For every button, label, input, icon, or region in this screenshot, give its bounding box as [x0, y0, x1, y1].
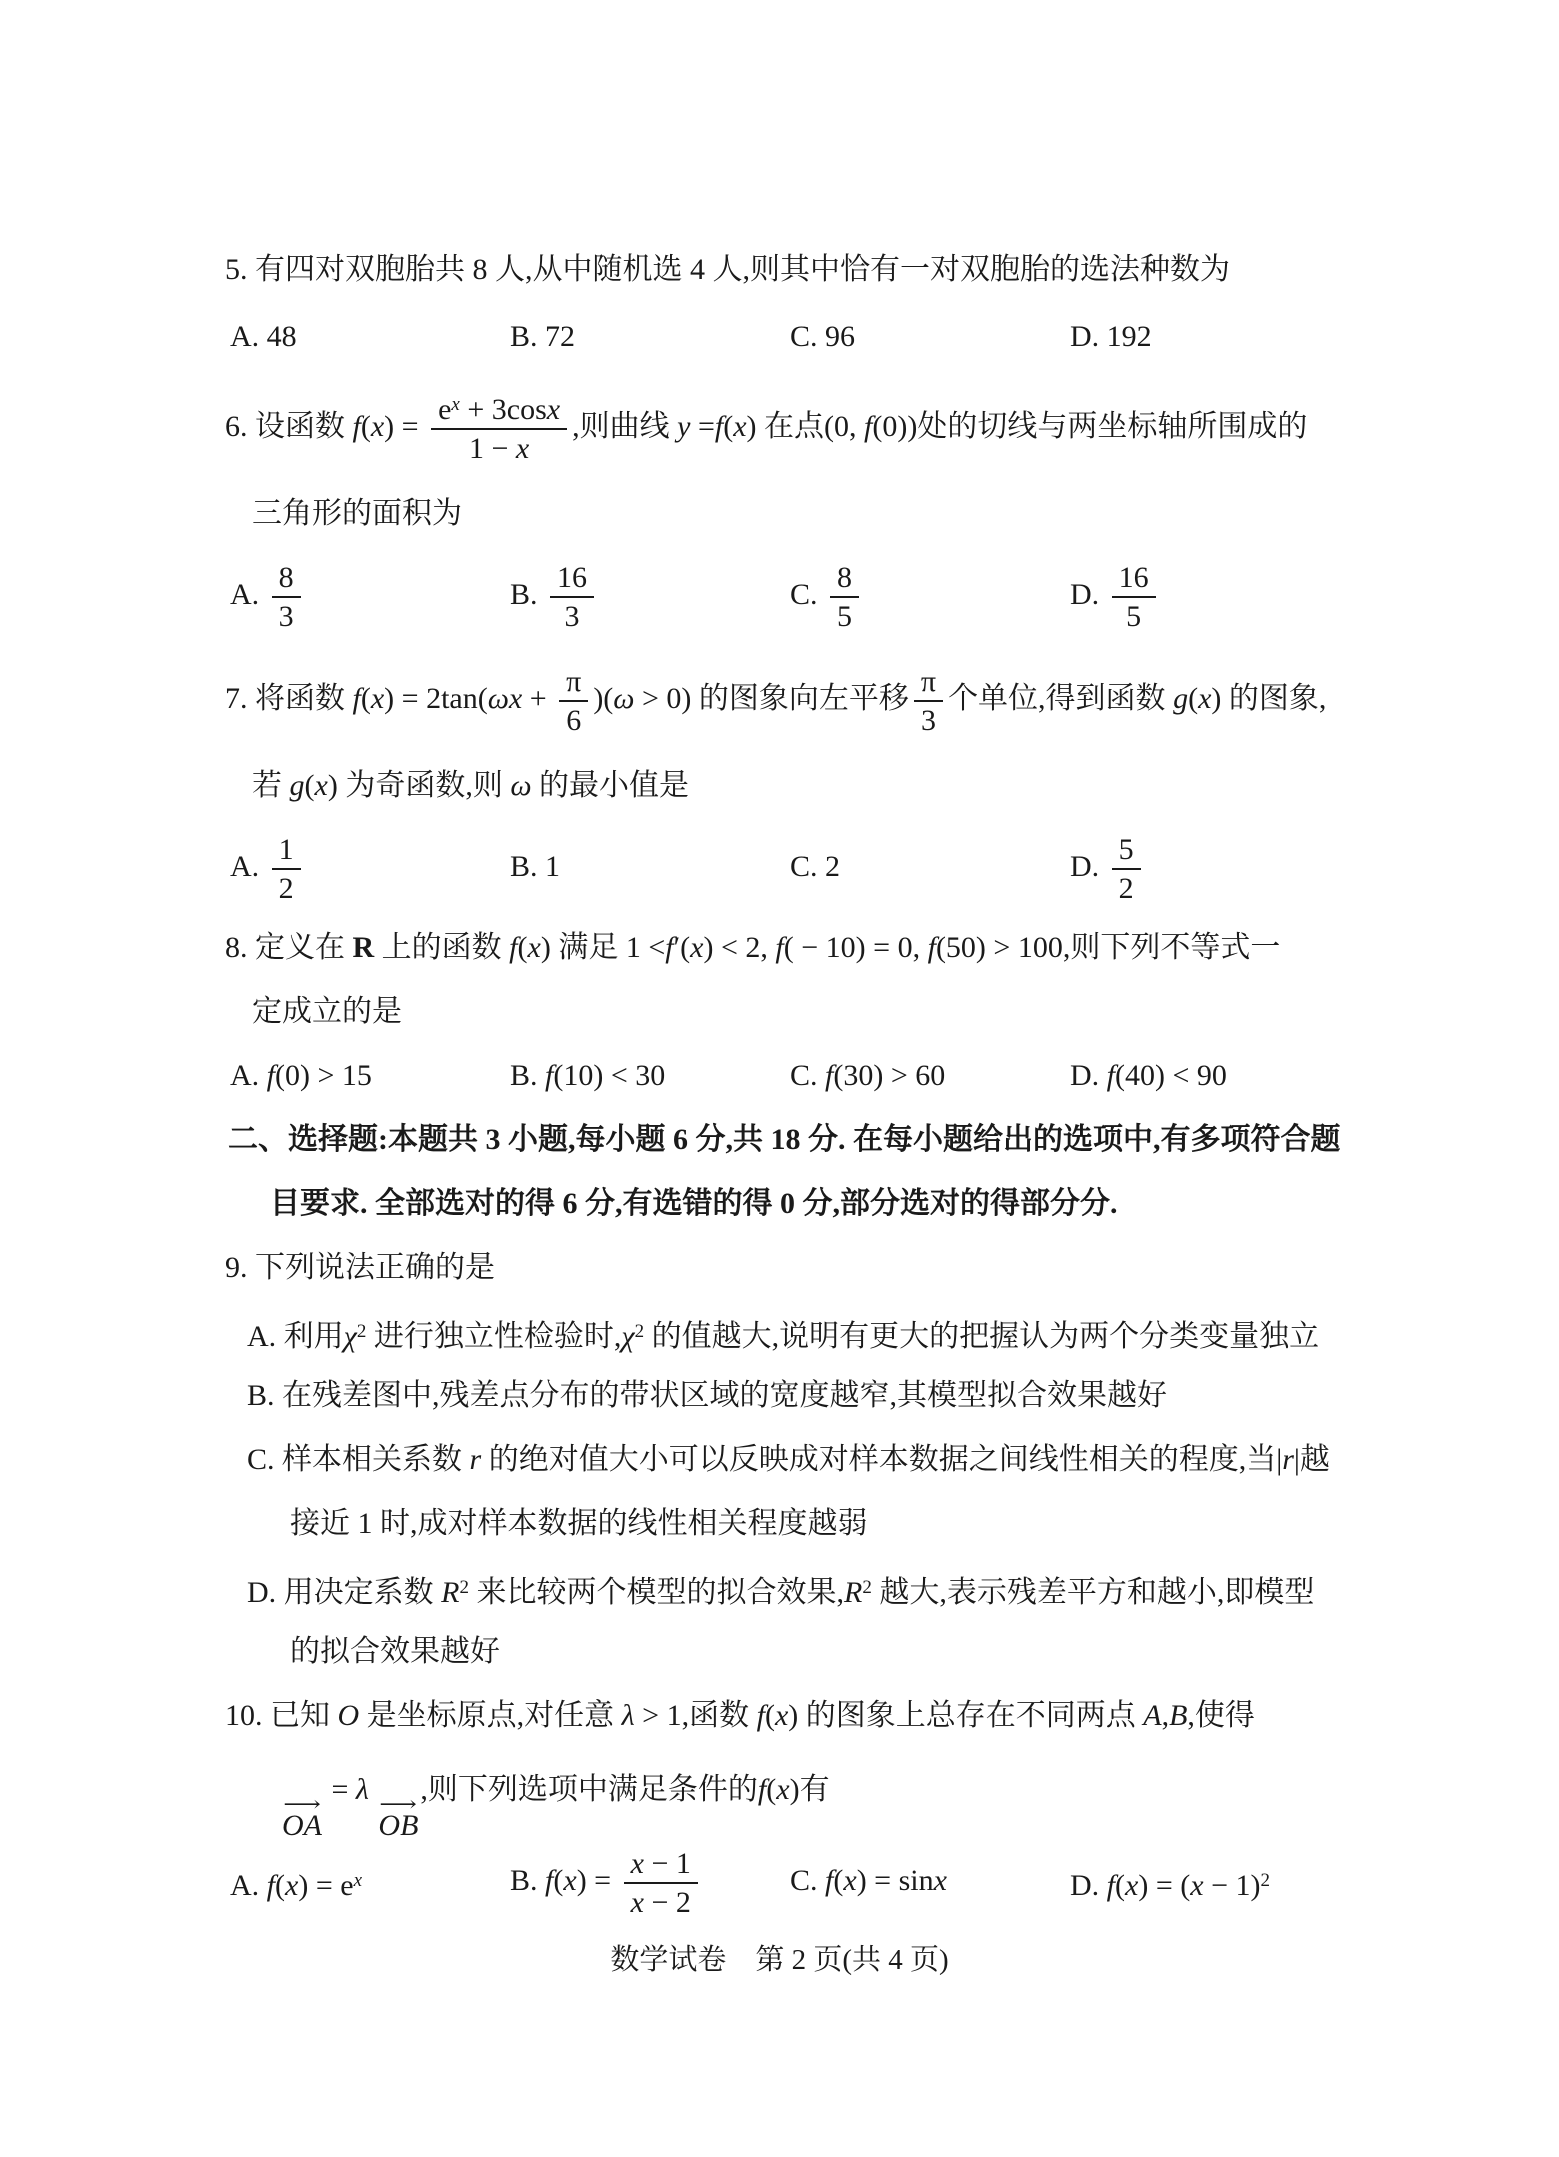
text-run: (50) > 100,则下列不等式一 — [936, 931, 1280, 964]
text-run: f — [775, 931, 783, 964]
fraction-numerator: x − 1 — [624, 1846, 698, 1884]
math-fraction: 83 — [272, 560, 301, 635]
math-fraction: 165 — [1112, 560, 1156, 635]
math-fraction: 52 — [1112, 832, 1141, 907]
text-run: 的最小值是 — [532, 769, 690, 802]
text-run: e — [438, 393, 451, 426]
text-run: A — [1143, 1699, 1161, 1732]
text-run: 上的函数 — [374, 931, 509, 964]
question-8-options: A. f(0) > 15B. f(10) < 30C. f(30) > 60D.… — [0, 1044, 1559, 1108]
text-run: C. 96 — [790, 320, 855, 353]
text-run: 6. 设函数 — [225, 410, 353, 443]
text-run: ( — [723, 410, 733, 443]
text-run: 3 — [565, 600, 580, 633]
text-run: 3 — [279, 600, 294, 633]
superscript: x — [354, 1870, 362, 1891]
text-run: ) = ( — [1138, 1869, 1190, 1902]
fraction-denominator: 3 — [272, 598, 301, 634]
text-run: g — [290, 769, 305, 802]
text-run: B — [1169, 1699, 1187, 1732]
section-2-header-line-1: 二、选择题:本题共 3 小题,每小题 6 分,共 18 分. 在每小题给出的选项… — [0, 1108, 1559, 1172]
text-run: x — [934, 1864, 947, 1897]
fraction-denominator: 1 − x — [462, 430, 536, 466]
text-run: 定成立的是 — [252, 995, 402, 1028]
text-run: x — [1190, 1869, 1203, 1902]
fraction-denominator: 2 — [1112, 870, 1141, 906]
text-run: ) = e — [298, 1869, 353, 1902]
text-run: f — [353, 410, 361, 443]
text-run: > 0) 的图象向左平移 — [634, 682, 908, 715]
text-run: 5 — [837, 600, 852, 633]
fraction-numerator: 8 — [830, 560, 859, 598]
text-run: f — [1107, 1869, 1115, 1902]
text-run: ( — [765, 1699, 775, 1732]
fraction-denominator: 3 — [914, 702, 943, 738]
text-run: π — [921, 665, 936, 698]
text-run: ,则曲线 — [572, 410, 677, 443]
text-run: (40) < 90 — [1115, 1059, 1227, 1092]
question-7-options-b: B. 1 — [510, 818, 560, 916]
question-10-options-c: C. f(x) = sinx — [790, 1832, 947, 1930]
text-run: |越 — [1294, 1443, 1330, 1476]
question-6-stem: 6. 设函数 f(x) = ex + 3cosx1 − x,则曲线 y =f(x… — [0, 372, 1559, 482]
question-7-continuation: 若 g(x) 为奇函数,则 ω 的最小值是 — [0, 754, 1559, 818]
text-run: f — [757, 1699, 765, 1732]
text-run: ( — [361, 682, 371, 715]
text-run: B. — [510, 1059, 545, 1092]
text-run: = — [690, 410, 714, 443]
text-run: x — [775, 1699, 788, 1732]
text-run: f — [353, 682, 361, 715]
text-run: λ — [622, 1699, 635, 1732]
math-fraction: 12 — [272, 832, 301, 907]
text-run: χ — [344, 1320, 357, 1353]
text-run: O — [338, 1699, 360, 1732]
text-run: f — [928, 931, 936, 964]
text-run: λ — [356, 1773, 369, 1806]
text-run: x — [371, 682, 384, 715]
text-run: ′( — [674, 931, 691, 964]
text-run: 3 — [921, 704, 936, 737]
text-run: ) 在点(0, — [747, 410, 864, 443]
exam-content: 5. 有四对双胞胎共 8 人,从中随机选 4 人,则其中恰有一对双胞胎的选法种数… — [0, 0, 1559, 1930]
text-run: x — [776, 1773, 789, 1806]
fraction-denominator: x − 2 — [624, 1884, 698, 1920]
text-run: 1 — [279, 833, 294, 866]
text-run: ) 满足 1 < — [541, 931, 665, 964]
text-run: f — [715, 410, 723, 443]
fraction-numerator: 1 — [272, 832, 301, 870]
text-run: 的绝对值大小可以反映成对样本数据之间线性相关的程度,当| — [481, 1443, 1282, 1476]
section-2-header-line-2: 目要求. 全部选对的得 6 分,有选错的得 0 分,部分选对的得部分分. — [0, 1172, 1559, 1236]
question-8-continuation: 定成立的是 — [0, 980, 1559, 1044]
text-run: D. 192 — [1070, 320, 1152, 353]
text-run: 16 — [557, 561, 587, 594]
text-run: x — [563, 1864, 576, 1897]
text-run: f — [665, 931, 673, 964]
question-8-options-a: A. f(0) > 15 — [230, 1044, 372, 1108]
question-7-stem: 7. 将函数 f(x) = 2tan(ωx + π6)(ω > 0) 的图象向左… — [0, 644, 1559, 754]
text-run: π — [566, 665, 581, 698]
text-run: x — [1125, 1869, 1138, 1902]
superscript: 2 — [357, 1321, 367, 1342]
text-run: D. — [1070, 1059, 1107, 1092]
text-run: (10) < 30 — [553, 1059, 665, 1092]
question-8-options-b: B. f(10) < 30 — [510, 1044, 665, 1108]
text-run: ( − 10) = 0, — [784, 931, 928, 964]
superscript: 2 — [635, 1321, 645, 1342]
text-run: ) 的图象上总存在不同两点 — [788, 1699, 1143, 1732]
text-run: 三角形的面积为 — [252, 497, 462, 530]
math-fraction: 163 — [550, 560, 594, 635]
text-run: 来比较两个模型的拟合效果, — [469, 1576, 844, 1609]
text-run: ,则下列选项中满足条件的 — [420, 1773, 758, 1806]
question-9-statement-b: B. 在残差图中,残差点分布的带状区域的宽度越窄,其模型拟合效果越好 — [0, 1364, 1559, 1428]
question-6-options: A. 83B. 163C. 85D. 165 — [0, 546, 1559, 644]
exam-paper-page: 5. 有四对双胞胎共 8 人,从中随机选 4 人,则其中恰有一对双胞胎的选法种数… — [0, 0, 1559, 2157]
text-run: 个单位,得到函数 — [948, 682, 1173, 715]
question-5-options: A. 48B. 72C. 96D. 192 — [0, 302, 1559, 372]
text-run: x — [631, 1847, 644, 1880]
text-run — [369, 1773, 377, 1806]
question-9-stem: 9. 下列说法正确的是 — [0, 1236, 1559, 1300]
fraction-denominator: 3 — [558, 598, 587, 634]
text-run: f — [267, 1059, 275, 1092]
question-10-stem: 10. 已知 O 是坐标原点,对任意 λ > 1,函数 f(x) 的图象上总存在… — [0, 1684, 1559, 1748]
superscript: 2 — [460, 1577, 470, 1598]
text-run: , — [1162, 1699, 1170, 1732]
superscript: 2 — [862, 1577, 872, 1598]
text-run: x — [631, 1886, 644, 1919]
question-5-stem: 5. 有四对双胞胎共 8 人,从中随机选 4 人,则其中恰有一对双胞胎的选法种数… — [0, 238, 1559, 302]
text-run: − 2 — [644, 1886, 691, 1919]
text-run: ( — [275, 1869, 285, 1902]
page-footer-text: 数学试卷 第 2 页(共 4 页) — [610, 1944, 948, 1976]
text-run: R — [844, 1576, 862, 1609]
text-run: x — [690, 931, 703, 964]
text-run: ) 为奇函数,则 — [328, 769, 511, 802]
fraction-numerator: 16 — [550, 560, 594, 598]
question-8-options-d: D. f(40) < 90 — [1070, 1044, 1227, 1108]
text-run: ω — [510, 769, 531, 802]
text-run: x — [516, 432, 529, 465]
text-run: A. — [230, 850, 267, 883]
text-run: 5 — [1119, 833, 1134, 866]
text-run: x — [315, 769, 328, 802]
text-run: ( — [766, 1773, 776, 1806]
fraction-numerator: π — [914, 664, 943, 702]
text-run: r — [470, 1443, 482, 1476]
text-run: 是坐标原点,对任意 — [359, 1699, 622, 1732]
text-run: C. — [790, 578, 825, 611]
question-5-options-c: C. 96 — [790, 302, 855, 372]
text-run: ( — [833, 1864, 843, 1897]
text-run: x — [547, 393, 560, 426]
text-run: B. 1 — [510, 850, 560, 883]
math-fraction: 85 — [830, 560, 859, 635]
fraction-numerator: 16 — [1112, 560, 1156, 598]
text-run: = — [324, 1773, 356, 1806]
text-run: (0))处的切线与两坐标轴所围成的 — [872, 410, 1307, 443]
fraction-numerator: 8 — [272, 560, 301, 598]
text-run: D. — [1070, 578, 1107, 611]
text-run: (0) > 15 — [275, 1059, 372, 1092]
question-9-statement-c-line-1: C. 样本相关系数 r 的绝对值大小可以反映成对样本数据之间线性相关的程度,当|… — [0, 1428, 1559, 1492]
text-run: ( — [361, 410, 371, 443]
text-run: y — [677, 410, 690, 443]
text-run: − 1 — [644, 1847, 691, 1880]
text-run: 8 — [279, 561, 294, 594]
text-run: χ — [621, 1320, 634, 1353]
math-fraction: ex + 3cosx1 − x — [431, 392, 567, 467]
text-run: 7. 将函数 — [225, 682, 353, 715]
question-10-options-a: A. f(x) = ex — [230, 1832, 362, 1935]
fraction-numerator: π — [559, 664, 588, 702]
text-run: D. 用决定系数 — [247, 1576, 441, 1609]
text-run: 目要求. 全部选对的得 6 分,有选错的得 0 分,部分选对的得部分分. — [270, 1187, 1118, 1220]
text-run: 若 — [252, 769, 290, 802]
text-run: ( — [305, 769, 315, 802]
text-run: ) = sin — [857, 1864, 934, 1897]
text-run: (30) > 60 — [833, 1059, 945, 1092]
text-run: ) 的图象, — [1211, 682, 1326, 715]
text-run: > 1,函数 — [635, 1699, 757, 1732]
text-run: 越大,表示残差平方和越小,即模型 — [872, 1576, 1315, 1609]
text-run: x — [733, 410, 746, 443]
text-run: f — [509, 931, 517, 964]
text-run: 1 − — [469, 432, 516, 465]
fraction-denominator: 5 — [1119, 598, 1148, 634]
text-run: 5. 有四对双胞胎共 8 人,从中随机选 4 人,则其中恰有一对双胞胎的选法种数… — [225, 253, 1230, 286]
superscript: x — [451, 394, 459, 415]
question-7-options-a: A. 12 — [230, 818, 306, 916]
question-6-options-b: B. 163 — [510, 546, 599, 644]
text-run: A. 48 — [230, 320, 297, 353]
page-footer: 数学试卷 第 2 页(共 4 页) — [0, 1940, 1559, 1980]
text-run: g — [1173, 682, 1188, 715]
vector-arrow-icon: ⟶ — [283, 1798, 321, 1811]
text-run: f — [1107, 1059, 1115, 1092]
fraction-denominator: 5 — [830, 598, 859, 634]
text-run: f — [758, 1773, 766, 1806]
text-run: ) = 2tan( — [384, 682, 488, 715]
question-10-options-b: B. f(x) = x − 1x − 2 — [510, 1832, 703, 1930]
text-run: ω — [613, 682, 634, 715]
text-run: 8. 定义在 — [225, 931, 353, 964]
question-8-options-c: C. f(30) > 60 — [790, 1044, 945, 1108]
text-run: ωx — [488, 682, 523, 715]
text-run: − 1) — [1204, 1869, 1261, 1902]
text-run: A. — [230, 1059, 267, 1092]
question-5-options-b: B. 72 — [510, 302, 575, 372]
question-7-options-c: C. 2 — [790, 818, 840, 916]
text-run: 8 — [837, 561, 852, 594]
text-run: A. — [230, 1869, 267, 1902]
question-10-options-d: D. f(x) = (x − 1)2 — [1070, 1832, 1270, 1935]
math-fraction: π6 — [559, 664, 588, 739]
question-10-continuation: ⟶OA = λ ⟶OB,则下列选项中满足条件的f(x)有 — [0, 1748, 1559, 1832]
text-run: R — [353, 931, 375, 964]
text-run: B. — [510, 1864, 545, 1897]
question-5-options-d: D. 192 — [1070, 302, 1152, 372]
text-run: 接近 1 时,成对样本数据的线性相关程度越弱 — [290, 1507, 868, 1540]
text-run: ) < 2, — [704, 931, 776, 964]
text-run: ( — [1115, 1869, 1125, 1902]
text-run: x — [843, 1864, 856, 1897]
text-run: 二、选择题:本题共 3 小题,每小题 6 分,共 18 分. 在每小题给出的选项… — [228, 1123, 1341, 1156]
text-run: B. — [510, 578, 545, 611]
question-6-options-a: A. 83 — [230, 546, 306, 644]
superscript: 2 — [1261, 1870, 1271, 1891]
text-run: 16 — [1119, 561, 1149, 594]
text-run: A. — [230, 578, 267, 611]
text-run: )( — [593, 682, 613, 715]
question-7-options-d: D. 52 — [1070, 818, 1146, 916]
question-9-statement-d-line-2: 的拟合效果越好 — [0, 1620, 1559, 1684]
text-run: f — [267, 1869, 275, 1902]
text-run: x — [285, 1869, 298, 1902]
text-run: C. — [790, 1864, 825, 1897]
math-fraction: π3 — [914, 664, 943, 739]
fraction-numerator: 5 — [1112, 832, 1141, 870]
text-run: + 3cos — [460, 393, 547, 426]
text-run: + — [522, 682, 554, 715]
text-run: x — [528, 931, 541, 964]
text-run: ( — [553, 1864, 563, 1897]
math-fraction: x − 1x − 2 — [624, 1846, 698, 1921]
text-run: 10. 已知 — [225, 1699, 338, 1732]
text-run: B. 在残差图中,残差点分布的带状区域的宽度越窄,其模型拟合效果越好 — [247, 1379, 1167, 1412]
fraction-numerator: ex + 3cosx — [431, 392, 567, 430]
text-run: )有 — [790, 1773, 830, 1806]
text-run: C. — [790, 1059, 825, 1092]
question-7-options: A. 12B. 1C. 2D. 52 — [0, 818, 1559, 916]
text-run: R — [441, 1576, 459, 1609]
text-run: ) = — [577, 1864, 619, 1897]
question-6-options-d: D. 165 — [1070, 546, 1161, 644]
text-run: 9. 下列说法正确的是 — [225, 1251, 495, 1284]
question-9-statement-d-line-1: D. 用决定系数 R2 来比较两个模型的拟合效果,R2 越大,表示残差平方和越小… — [0, 1556, 1559, 1620]
fraction-denominator: 2 — [272, 870, 301, 906]
question-10-options: A. f(x) = exB. f(x) = x − 1x − 2C. f(x) … — [0, 1832, 1559, 1930]
text-run: 的值越大,说明有更大的把握认为两个分类变量独立 — [644, 1320, 1319, 1353]
text-run: ) = — [384, 410, 426, 443]
question-6-continuation: 三角形的面积为 — [0, 482, 1559, 546]
question-5-options-a: A. 48 — [230, 302, 297, 372]
text-run: ( — [1188, 682, 1198, 715]
vector-arrow-icon: ⟶ — [380, 1798, 418, 1811]
text-run: A. 利用 — [247, 1320, 344, 1353]
text-run: 2 — [1119, 872, 1134, 905]
text-run: C. 2 — [790, 850, 840, 883]
text-run: B. 72 — [510, 320, 575, 353]
text-run: x — [371, 410, 384, 443]
text-run: x — [1198, 682, 1211, 715]
question-8-stem: 8. 定义在 R 上的函数 f(x) 满足 1 <f′(x) < 2, f( −… — [0, 916, 1559, 980]
text-run: 2 — [279, 872, 294, 905]
text-run: ( — [518, 931, 528, 964]
text-run: 的拟合效果越好 — [290, 1635, 500, 1668]
text-run: r — [1282, 1443, 1294, 1476]
question-9-statement-c-line-2: 接近 1 时,成对样本数据的线性相关程度越弱 — [0, 1492, 1559, 1556]
text-run: 5 — [1126, 600, 1141, 633]
text-run: ,使得 — [1187, 1699, 1255, 1732]
fraction-denominator: 6 — [559, 702, 588, 738]
question-9-statement-a: A. 利用χ2 进行独立性检验时,χ2 的值越大,说明有更大的把握认为两个分类变… — [0, 1300, 1559, 1364]
text-run: C. 样本相关系数 — [247, 1443, 470, 1476]
text-run: 进行独立性检验时, — [366, 1320, 621, 1353]
question-6-options-c: C. 85 — [790, 546, 864, 644]
text-run: D. — [1070, 1869, 1107, 1902]
text-run: 6 — [566, 704, 581, 737]
text-run: D. — [1070, 850, 1107, 883]
